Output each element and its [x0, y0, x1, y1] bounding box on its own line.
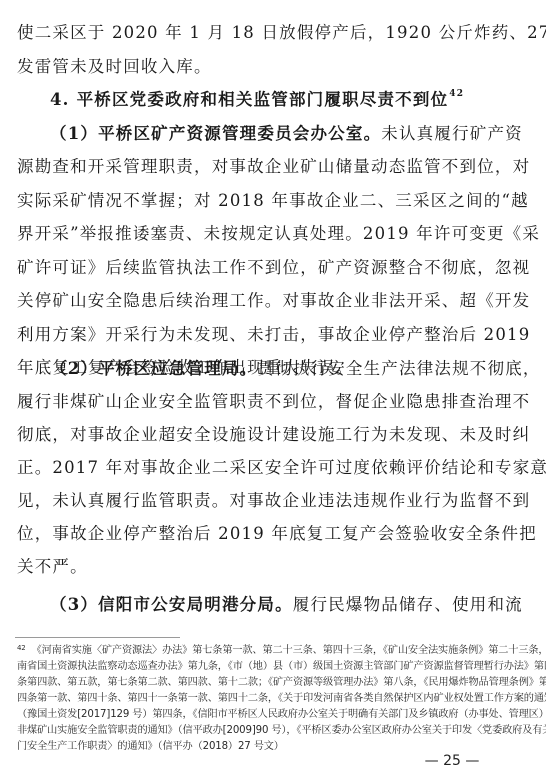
body-line: 关停矿山安全隐患后续治理工作。对事故企业非法开采、超《开发: [17, 288, 517, 314]
body-line: 利用方案》开采行为未发现、未打击，事故企业停产整治后 2019: [17, 322, 517, 348]
footnote-line: 条第四款、第五款，第七条第二款、第四款、第十二款；《矿产资源等级管理办法》第八条…: [17, 675, 537, 690]
section-heading: 4. 平桥区党委政府和相关监管部门履职尽责不到位42: [50, 87, 517, 113]
body-line: 正。2017 年对事故企业二采区安全许可过度依赖评价结论和专家意: [17, 455, 517, 481]
footnote-reference[interactable]: 42: [449, 89, 464, 99]
item-3-title: （3）信阳市公安局明港分局。: [50, 595, 293, 614]
body-line: 使二采区于 2020 年 1 月 18 日放假停产后，1920 公斤炸药、274…: [17, 20, 517, 46]
item-1-title: （1）平桥区矿产资源管理委员会办公室。: [50, 124, 381, 143]
item-1-first-line: （1）平桥区矿产资源管理委员会办公室。未认真履行矿产资: [50, 121, 517, 147]
footnote-line: 非煤矿山实施安全监管职责的通知》（信平政办[2009]90 号），《平桥区委办公…: [17, 723, 537, 738]
item-2-title: （2）平桥区应急管理局。: [50, 359, 257, 378]
body-line: 彻底，对事故企业超安全设施设计建设施工行为未发现、未及时纠: [17, 422, 517, 448]
body-line: 界开采”举报推诿塞责、未按规定认真处理。2019 年许可变更《采: [17, 221, 517, 247]
document-page: 使二采区于 2020 年 1 月 18 日放假停产后，1920 公斤炸药、274…: [0, 0, 546, 778]
body-line: 关不严。: [17, 554, 517, 580]
body-line: 位，事故企业停产整治后 2019 年底复工复产会签验收安全条件把: [17, 521, 517, 547]
footnote-marker: 42: [17, 644, 26, 652]
item-2-text: 贯彻执行安全生产法律法规不彻底，: [257, 359, 540, 378]
item-3-first-line: （3）信阳市公安局明港分局。履行民爆物品储存、使用和流: [50, 592, 517, 618]
body-line: 实际采矿情况不掌握；对 2018 年事故企业二、三采区之间的“越: [17, 188, 517, 214]
body-line: 源勘查和开采管理职责，对事故企业矿山储量动态监管不到位，对: [17, 154, 517, 180]
footnote-text: 《河南省实施〈矿产资源法〉办法》第七条第一款、第二十三条、第四十三条，《矿山安全…: [32, 645, 546, 656]
item-2-first-line: （2）平桥区应急管理局。贯彻执行安全生产法律法规不彻底，: [50, 356, 517, 382]
footnote-separator: [15, 637, 180, 638]
body-line: 见，未认真履行监管职责。对事故企业违法违规作业行为监督不到: [17, 488, 517, 514]
footnote-line: 四条第一款、第四十条、第四十一条第一款、第四十二条，《关于印发河南省各类自然保护…: [17, 691, 537, 706]
body-line: 履行非煤矿山企业安全监管职责不到位，督促企业隐患排查治理不: [17, 389, 517, 415]
item-1-text: 未认真履行矿产资: [381, 124, 523, 143]
footnote-line: 南省国土资源执法监察动态巡查办法》第九条，《市（地）县（市）级国土资源主管部门矿…: [17, 659, 537, 674]
footnote-line: （豫国土资发[2017]129 号）第四条，《信阳市平桥区人民政府办公室关于明确…: [17, 707, 537, 722]
body-line: 发雷管未及时回收入库。: [17, 54, 517, 80]
body-line: 矿许可证》后续监管执法工作不到位，矿产资源整合不彻底，忽视: [17, 255, 517, 281]
footnote-line: 42《河南省实施〈矿产资源法〉办法》第七条第一款、第二十三条、第四十三条，《矿山…: [17, 643, 537, 658]
item-3-text: 履行民爆物品储存、使用和流: [293, 595, 523, 614]
section-heading-text: 4. 平桥区党委政府和相关监管部门履职尽责不到位: [50, 90, 448, 109]
page-number: — 25 —: [420, 751, 484, 771]
